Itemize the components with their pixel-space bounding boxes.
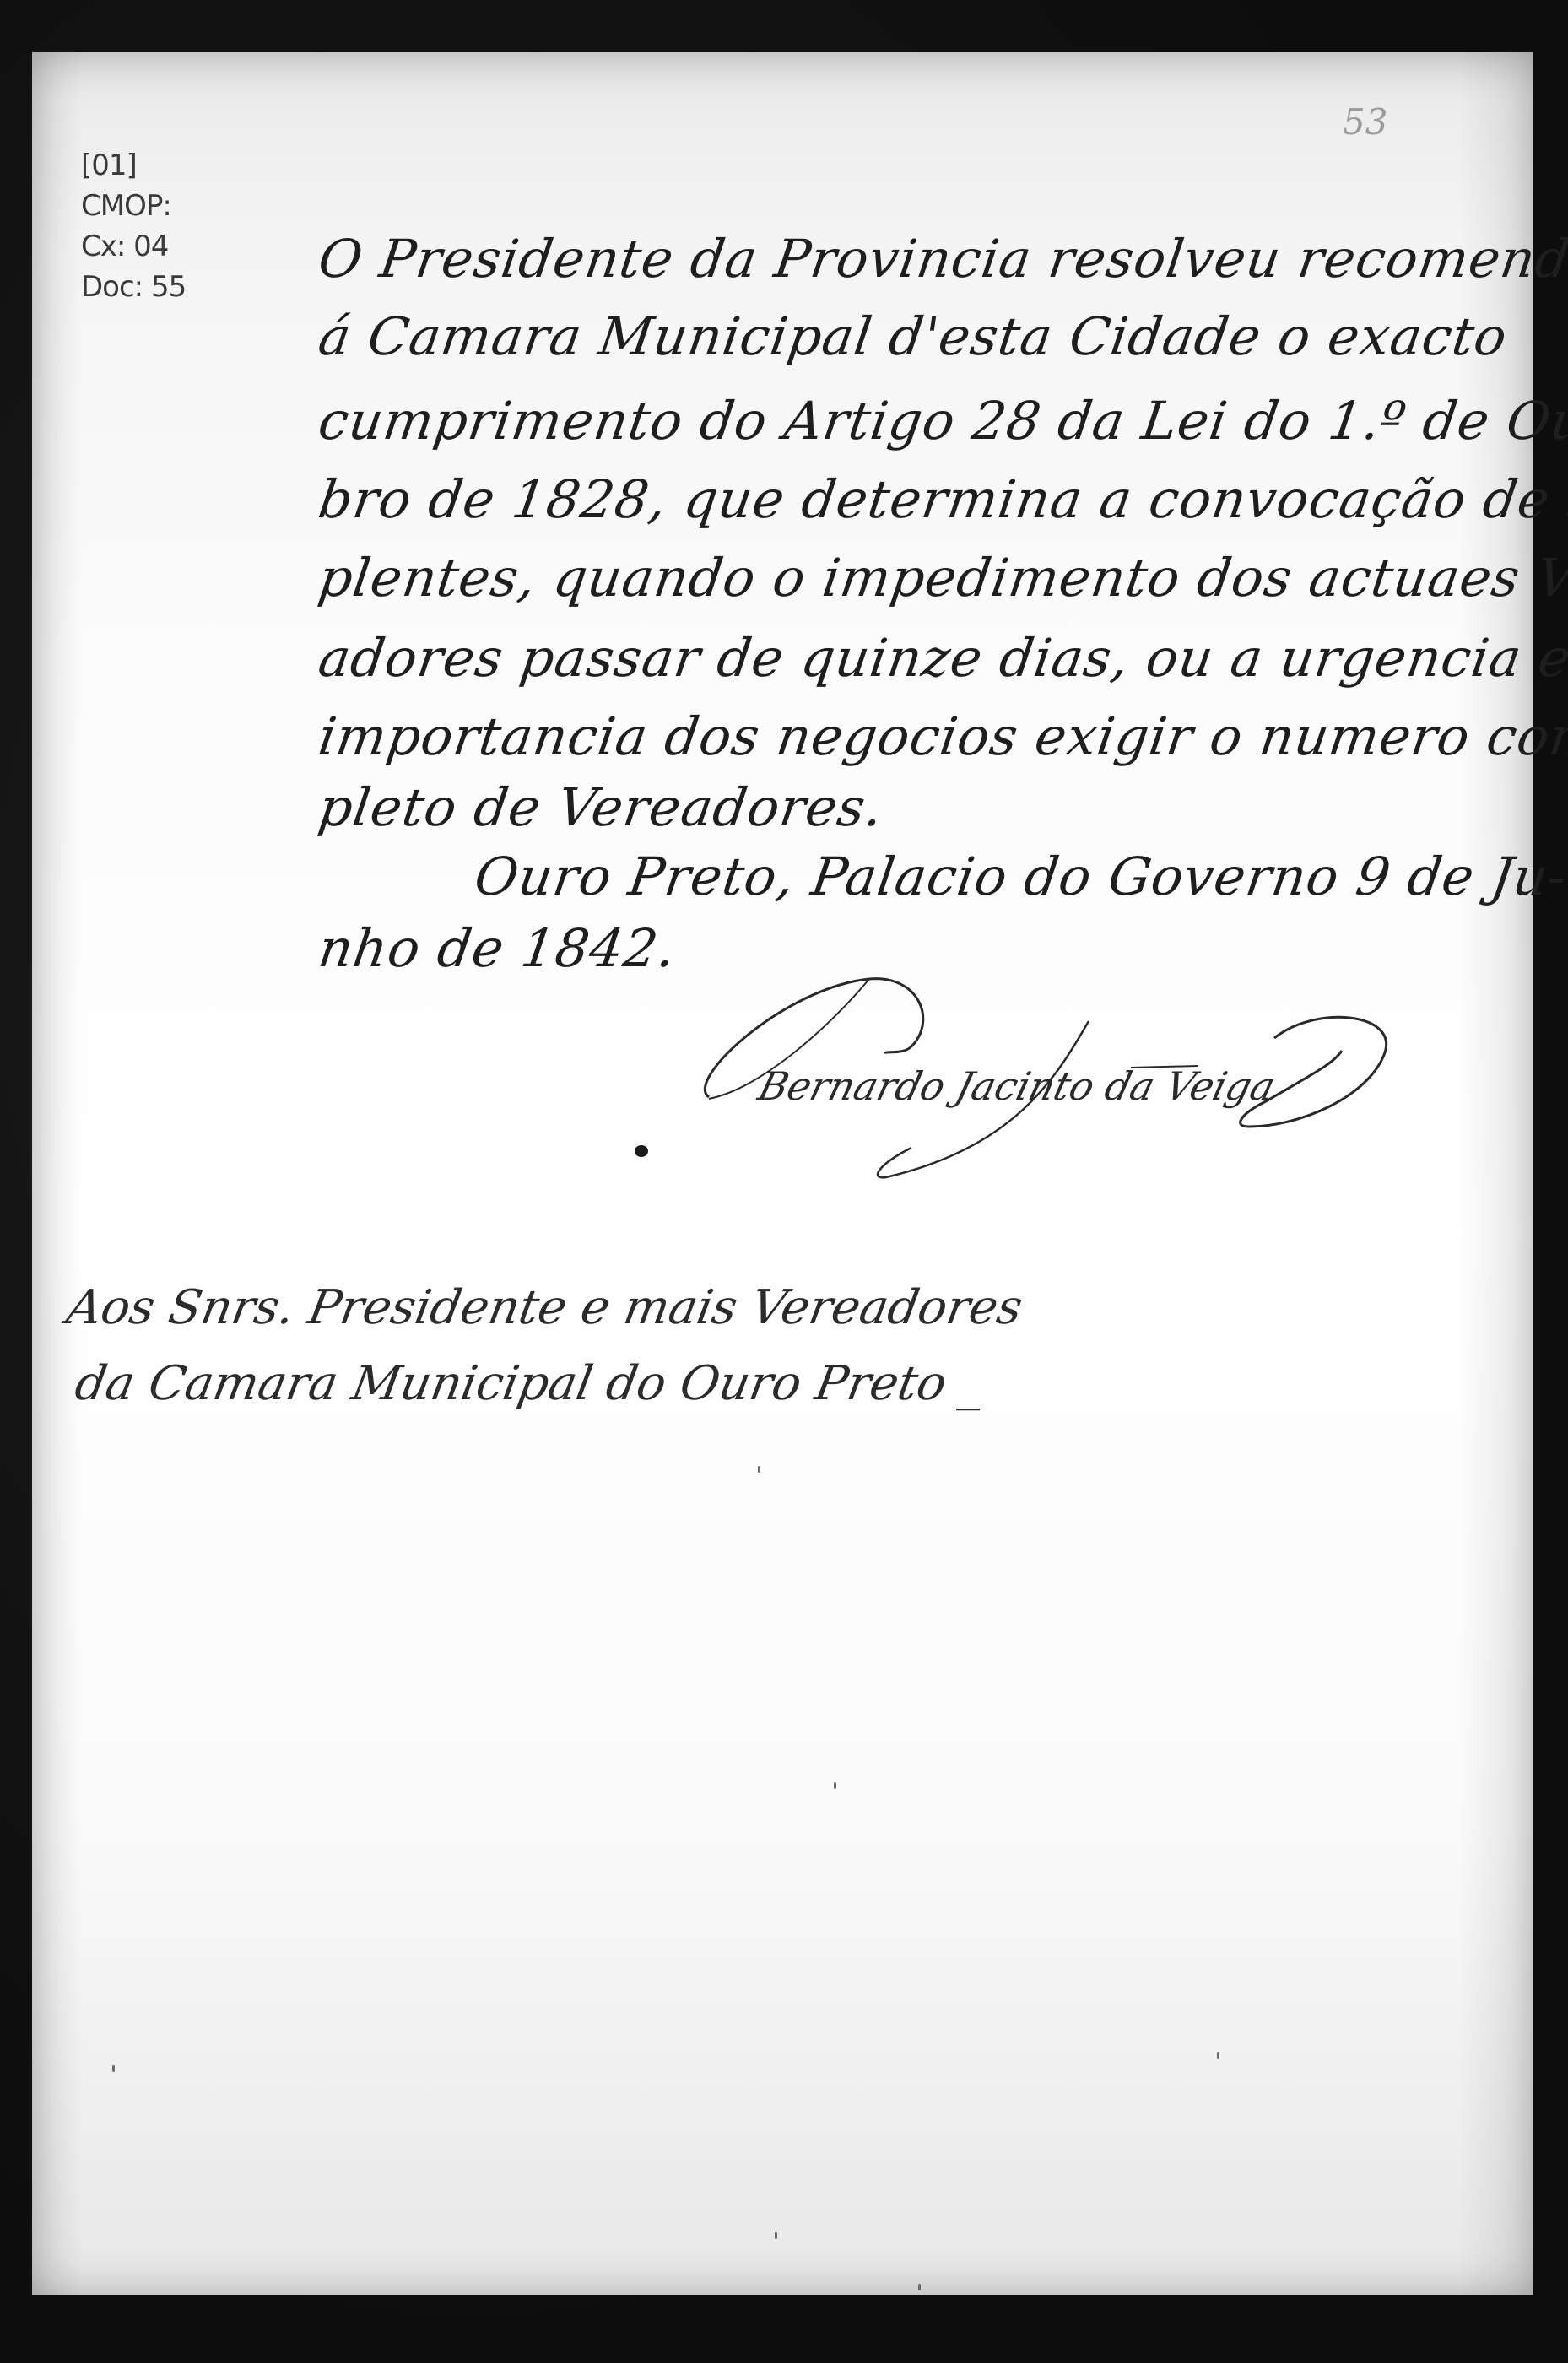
page-number: 53 [1343,101,1387,143]
signature: Bernardo Jacinto da Veiga [658,954,1418,1207]
addressee-line-2: da Camara Municipal do Ouro Preto _ [71,1356,989,1411]
archive-note-item: [01] [81,145,186,186]
scan-speck [834,1782,836,1789]
scan-speck [918,2284,921,2290]
body-line-5: plentes, quando o impedimento dos actuae… [315,547,1568,608]
dateline-line-2: nho de 1842. [315,917,680,979]
body-line-4: bro de 1828, que determina a convocação … [315,468,1568,530]
body-line-6: adores passar de quinze dias, ou a urgen… [315,627,1568,689]
body-line-1: O Presidente da Provincia resolveu recom… [315,228,1568,289]
scan-speck [1217,2052,1219,2059]
scan-speck [112,2065,115,2072]
scan-speck [758,1466,760,1473]
document-page: 53 [01] CMOP: Cx: 04 Doc: 55 O President… [32,52,1533,2295]
body-line-7: importancia dos negocios exigir o numero… [315,706,1568,767]
body-line-2: á Camara Municipal d'esta Cidade o exact… [315,306,1511,367]
archive-margin-notes: [01] CMOP: Cx: 04 Doc: 55 [81,145,186,307]
body-line-3: cumprimento do Artigo 28 da Lei do 1.º d… [315,390,1568,452]
archive-document-number: Doc: 55 [81,267,186,307]
archive-box-number: Cx: 04 [81,226,186,267]
signature-name: Bernardo Jacinto da Veiga [754,1063,1279,1109]
archive-collection-code: CMOP: [81,186,186,226]
scan-speck [775,2232,777,2239]
dateline-line-1: Ouro Preto, Palacio do Governo 9 de Ju- [471,846,1568,907]
body-line-8: pleto de Vereadores. [315,776,887,838]
ink-dot [635,1145,648,1157]
addressee-line-1: Aos Snrs. Presidente e mais Vereadores [62,1280,1026,1335]
